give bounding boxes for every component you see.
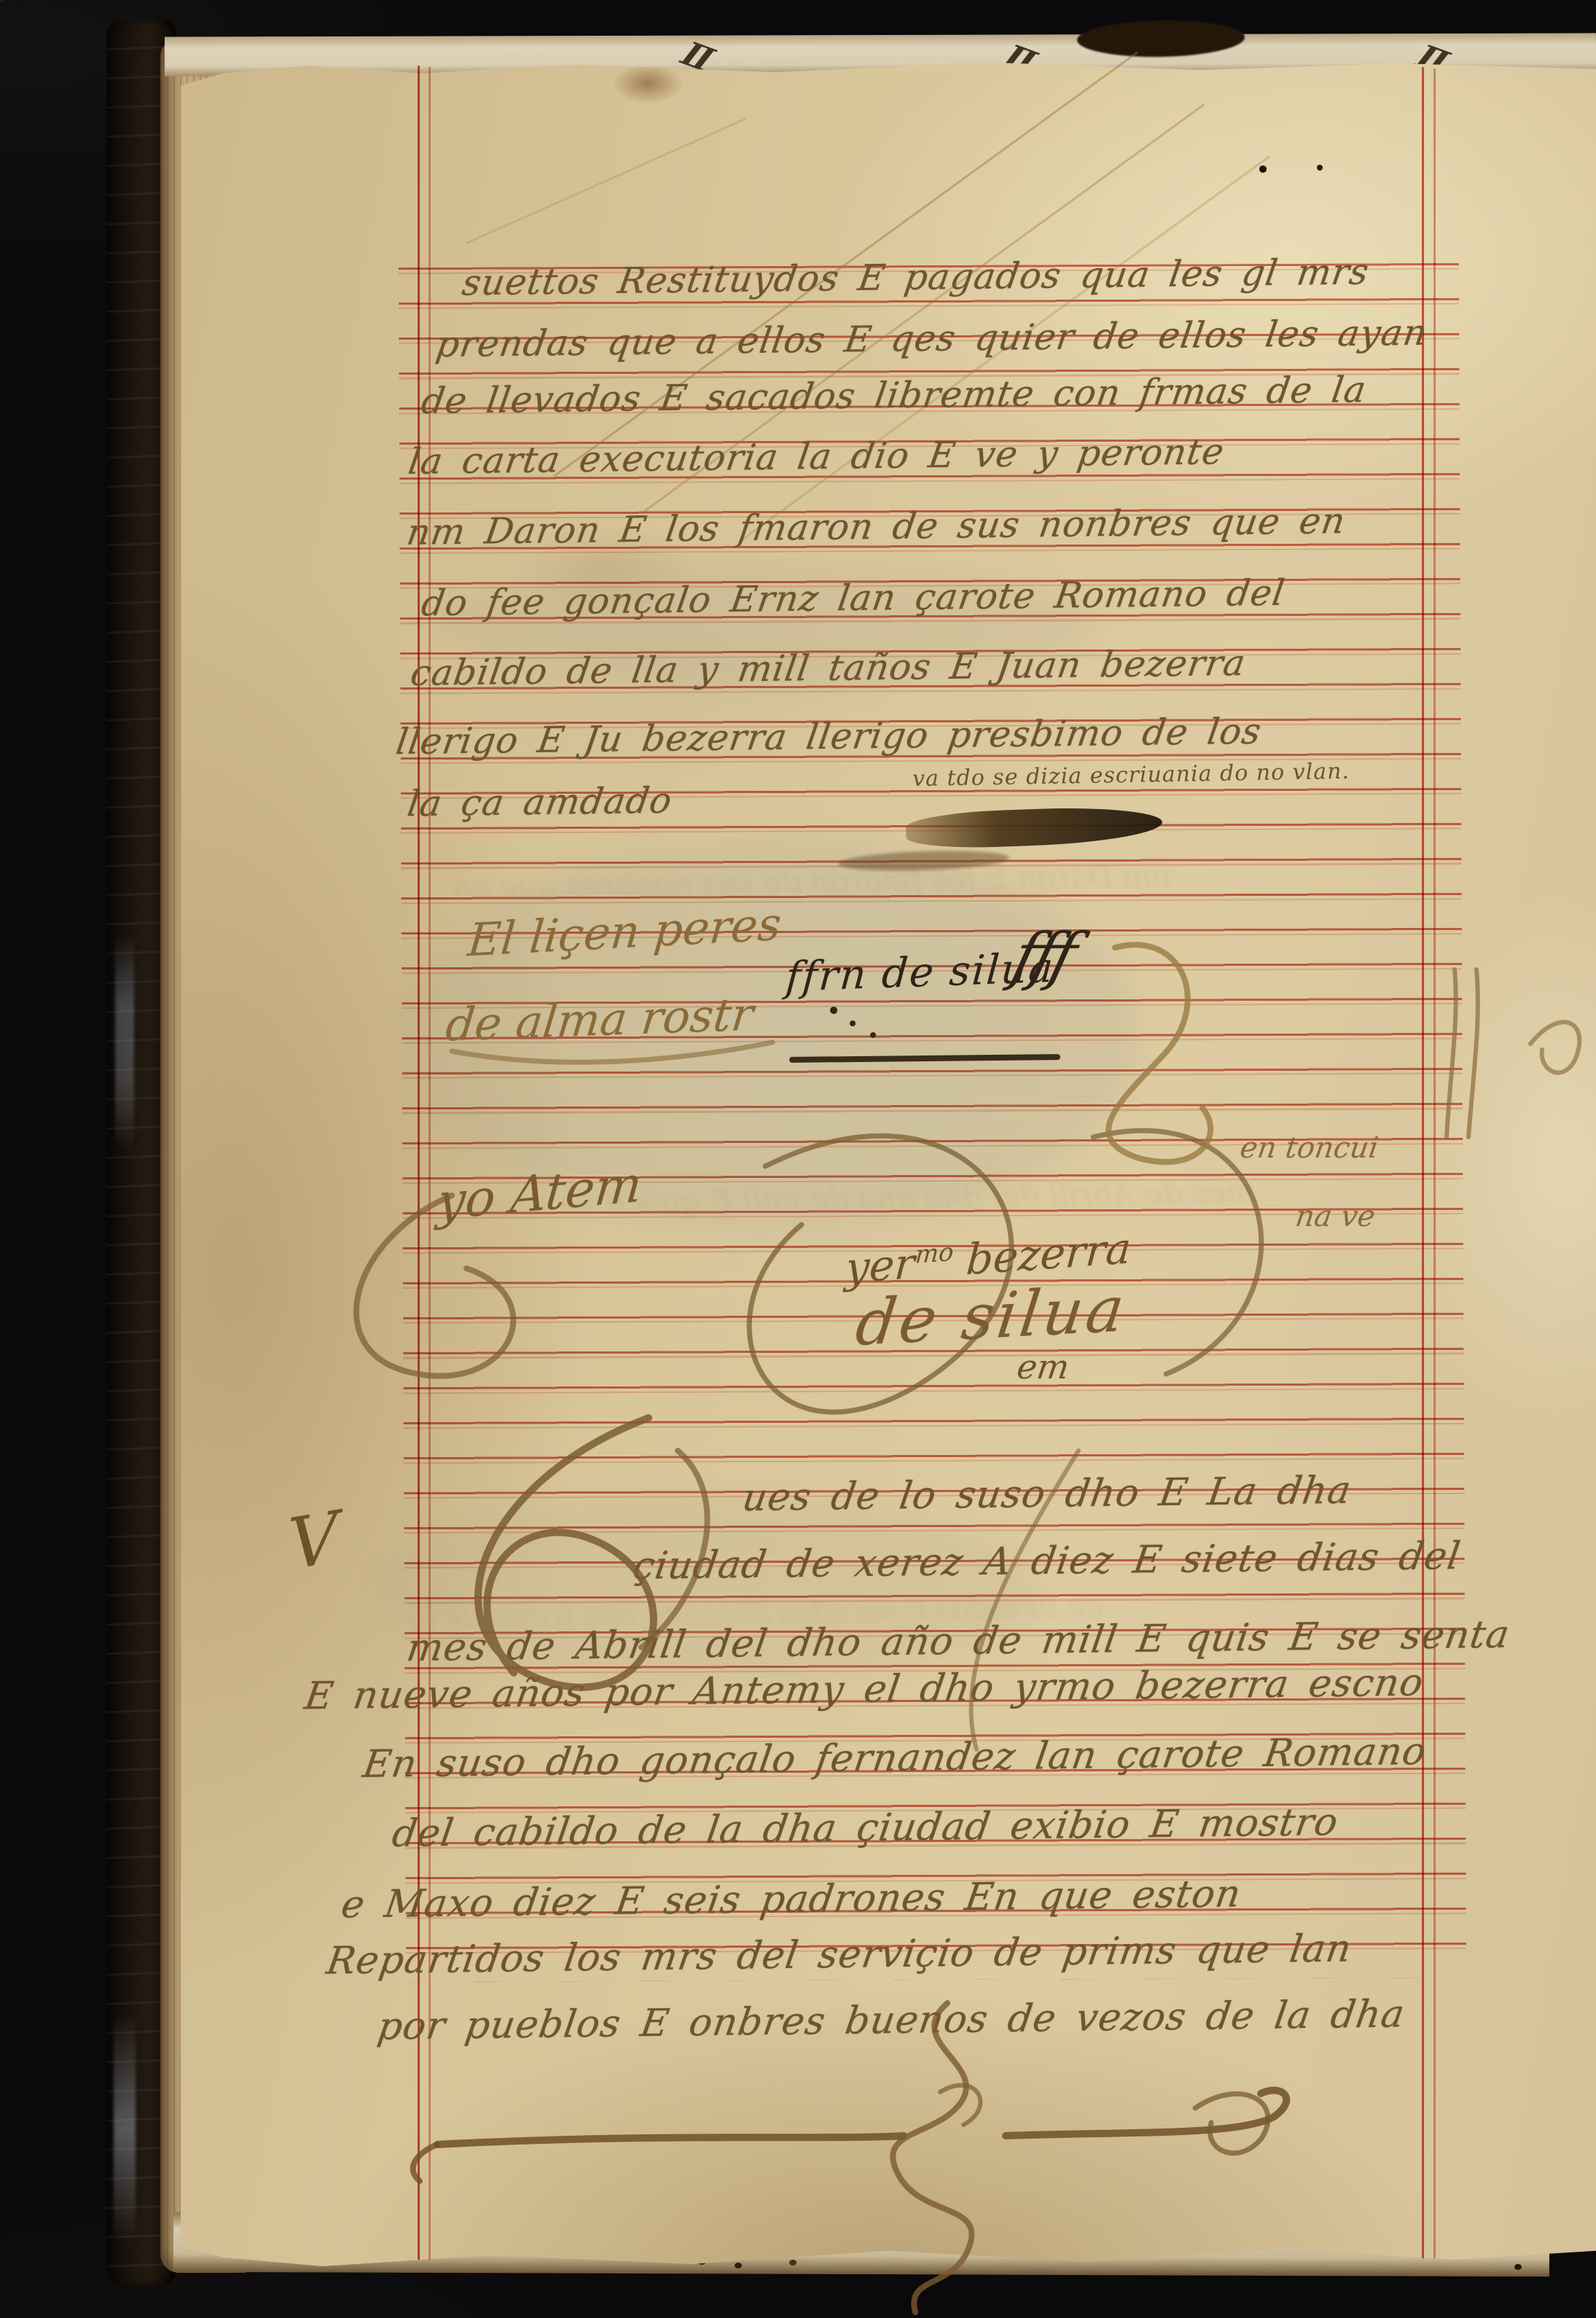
signature-bezerra-below: em bbox=[1014, 1347, 1071, 1386]
manuscript-line: ues de lo suso dho E La dha bbox=[740, 1469, 1355, 1520]
marginal-note: na ve bbox=[1294, 1200, 1377, 1233]
ink-specks bbox=[0, 0, 3, 3]
signature-licenciado: de alma rostr bbox=[443, 987, 756, 1051]
manuscript-photo: II II II nm Daron E los fmaron de sus no… bbox=[0, 0, 1596, 2318]
cover-wear-highlight bbox=[115, 933, 134, 1152]
signature-bezerra-superscript: mo bbox=[914, 1238, 954, 1270]
cover-wear-highlight bbox=[114, 2012, 136, 2245]
left-margin-rule bbox=[418, 66, 420, 2260]
signature-bezerra-part: yer bbox=[844, 1238, 916, 1293]
right-margin-rule bbox=[1422, 67, 1424, 2258]
manuscript-line: la ça amdado bbox=[404, 780, 675, 824]
marginal-note: en toncui bbox=[1238, 1131, 1380, 1165]
right-margin-rule bbox=[1433, 69, 1436, 2258]
margin-mark: V bbox=[286, 1496, 342, 1586]
